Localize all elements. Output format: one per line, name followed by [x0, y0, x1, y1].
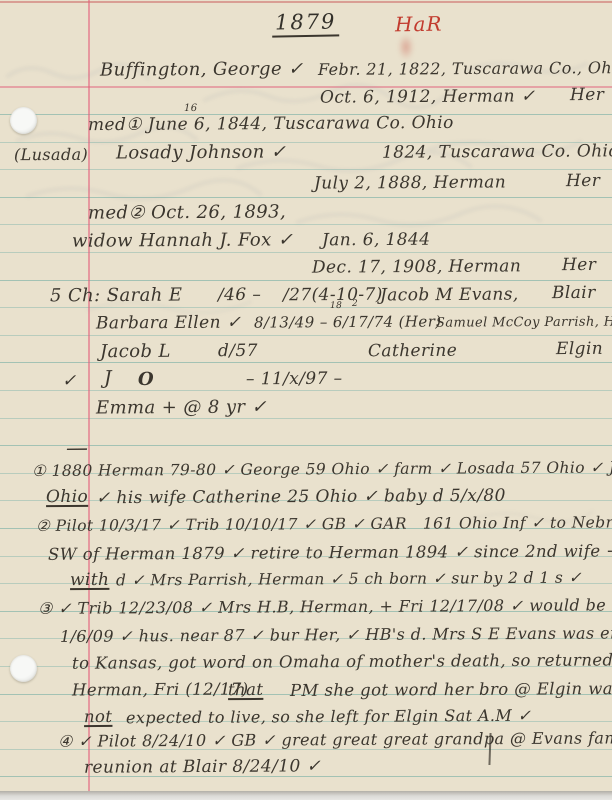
ruled-line — [0, 280, 612, 281]
obituary-note-2: PM she got word her bro @ Elgin was — [290, 680, 612, 700]
obituary-note: d ✓ Mrs Parrish, Herman ✓ 5 ch born ✓ su… — [116, 570, 582, 590]
child-mark: O — [138, 370, 154, 390]
separator-dash: — — [66, 437, 89, 461]
obituary-note-2: expected to live, so she left for Elgin … — [126, 707, 532, 727]
census-note: Ohio — [46, 488, 88, 507]
spouse-2-birth: Jan. 6, 1844 — [322, 231, 431, 250]
reunion-note: reunion at Blair 8/24/10 ✓ — [84, 757, 321, 777]
obituary-note-2: 1/6/09 ✓ hus. near 87 ✓ bur Her, ✓ HB's … — [60, 624, 612, 645]
superscript-correction: 16 — [184, 103, 198, 114]
spouse-1-death: July 2, 1888, Herman — [314, 173, 506, 193]
ruled-line — [0, 307, 612, 308]
title-year: 1879 — [272, 9, 340, 37]
checkmark: ✓ — [62, 372, 77, 391]
birth-date: Febr. 21, 1822, Tuscarawa Co., Ohio — [318, 59, 612, 78]
child-name: Emma + @ 8 yr ✓ — [96, 397, 267, 418]
punch-hole-bottom — [10, 655, 37, 682]
children-list: 5 Ch: Sarah E — [50, 286, 183, 307]
marriage-2: med② Oct. 26, 1893, — [88, 202, 286, 223]
child-spouse: Samuel McCoy Parrish, Herman — [436, 315, 612, 331]
child-death-note: – 11/x/97 – — [246, 370, 343, 389]
spouse-1-birth: 1824, Tuscarawa Co. Ohio — [382, 142, 612, 162]
obituary-note-2: Herman, Fri (12/17) — [72, 680, 249, 699]
ruled-line — [0, 390, 612, 391]
obituary-note: with — [70, 571, 109, 590]
reunion-note: ④ ✓ Pilot 8/24/10 ✓ GB ✓ great great gre… — [58, 729, 612, 750]
marriage-1: med① June 6, 1844, Tuscarawa Co. Ohio — [88, 114, 454, 135]
obituary-note-2: not — [84, 708, 113, 726]
child-birth-year: /46 – — [218, 286, 261, 305]
ruled-line — [0, 362, 612, 363]
census-note: ✓ his wife Catherine 25 Ohio ✓ baby d 5/… — [96, 487, 506, 508]
spouse-1-name: Losady Johnson ✓ — [116, 142, 286, 163]
ruled-line — [0, 445, 612, 446]
scanner-background — [0, 791, 612, 800]
burial-place: Her — [570, 86, 604, 105]
child-death-note: d/57 — [218, 342, 258, 361]
ruled-line — [0, 252, 612, 253]
spouse-2-name: widow Hannah J. Fox ✓ — [72, 230, 293, 251]
ruled-line — [0, 197, 612, 198]
death-date: Oct. 6, 1912, Herman ✓ — [320, 87, 536, 107]
punch-hole-top — [10, 107, 37, 134]
notebook-paper: 1879 HaR Buffington, George ✓Febr. 21, 1… — [0, 0, 612, 791]
burial-place: Her — [562, 256, 596, 275]
child-name: Jacob L — [100, 342, 171, 362]
obituary-note-2: to Kansas, got word on Omaha of mother's… — [72, 651, 612, 673]
child-dates: 8/13/49 – 6/17/74 (Her) — [254, 313, 442, 331]
superscript-correction: 18 — [330, 302, 342, 312]
scanned-notebook-page: 1879 HaR Buffington, George ✓Febr. 21, 1… — [0, 0, 612, 800]
ruled-line — [0, 335, 612, 336]
child-name: J — [104, 368, 112, 389]
spouse-2-death: Dec. 17, 1908, Herman — [312, 257, 521, 277]
red-ink-smudge — [398, 34, 414, 60]
ruled-line — [0, 169, 612, 170]
ruled-line — [0, 224, 612, 225]
obituary-note-2: ③ ✓ Trib 12/23/08 ✓ Mrs H.B, Herman, + F… — [38, 596, 612, 617]
obituary-note: ② Pilot 10/3/17 ✓ Trib 10/10/17 ✓ GB ✓ G… — [36, 514, 612, 535]
child-place: Elgin — [556, 340, 603, 359]
top-edge-line — [0, 1, 612, 3]
ruled-line — [0, 418, 612, 419]
child-place: Blair — [552, 284, 596, 303]
margin-note: (Lusada) — [14, 146, 88, 164]
obituary-note: SW of Herman 1879 ✓ retire to Herman 189… — [48, 542, 612, 564]
census-note: ① 1880 Herman 79-80 ✓ George 59 Ohio ✓ f… — [32, 459, 612, 480]
obituary-note-2: that — [228, 681, 263, 699]
annotation-initials: HaR — [395, 12, 443, 37]
burial-place: Her — [566, 172, 600, 191]
superscript-correction: 2 — [352, 300, 358, 310]
child-name: Barbara Ellen ✓ — [96, 314, 242, 334]
child-spouse: Jacob M Evans, — [380, 286, 519, 306]
surname-entry: Buffington, George ✓ — [100, 59, 304, 80]
child-spouse: Catherine — [368, 342, 457, 361]
